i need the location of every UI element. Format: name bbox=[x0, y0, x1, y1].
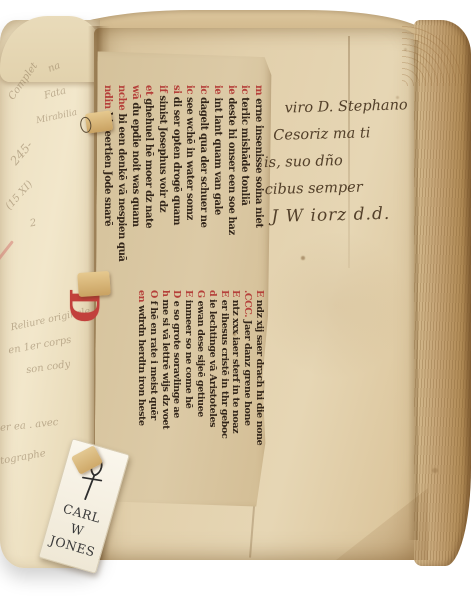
inscription-line: viro D. Stephano bbox=[284, 92, 423, 123]
fragment-line: G ewan dese sijeē getiuee bbox=[194, 290, 206, 500]
fragment-line: ie deste hi onser een soe haz bbox=[224, 85, 238, 290]
rubric-initial: G bbox=[195, 290, 206, 298]
fragment-line: si di ser opten drogē quam bbox=[169, 85, 183, 290]
water-stain bbox=[260, 230, 410, 380]
stain bbox=[396, 96, 399, 99]
fragment-text-block-upper: m erne insenisse soina niet ic terlic mi… bbox=[100, 85, 265, 290]
fragment-line: ic dagelt qua der schuer ne bbox=[196, 85, 210, 290]
stain bbox=[233, 333, 236, 336]
fragment-line: ic see wchē in water somz bbox=[183, 85, 197, 290]
fragment-line: D e so grote soravlinge ae bbox=[171, 290, 183, 500]
rubric-initial: ie bbox=[212, 85, 223, 94]
fragment-line: E ntz xxx iaer sterf in te noaz bbox=[230, 290, 242, 500]
fragment-line: ic terlic mishāde tonliā bbox=[238, 85, 252, 290]
rubric-initial: E bbox=[183, 290, 194, 297]
fragment-line: .CCC. Jaer danz grene hone bbox=[241, 290, 253, 500]
fore-edge bbox=[414, 20, 471, 566]
rubric-initial: wā bbox=[130, 85, 141, 99]
inscription-line: cibus semper bbox=[264, 173, 425, 204]
rubric-initial: E bbox=[254, 290, 265, 297]
stain bbox=[432, 468, 438, 473]
fragment-line: ie int lant quam van gale bbox=[210, 85, 224, 290]
rubric-initial: O bbox=[148, 290, 159, 298]
fragment-line: h me si vā lettrē wijs dz voet bbox=[159, 290, 171, 500]
rubric-initial: et bbox=[143, 85, 154, 95]
stain bbox=[301, 256, 305, 260]
fragment-line: E inmeer so ne come hē bbox=[182, 290, 194, 500]
fragment-line: d ie lechtinge vā Aristoteles bbox=[206, 290, 218, 500]
inscription-line: is, suo dño bbox=[264, 146, 425, 177]
fragment-line: wā du epdie noit was quam bbox=[128, 85, 142, 290]
stain bbox=[404, 48, 407, 51]
fragment-line: if sinist Josephus voir dz bbox=[155, 85, 169, 290]
ink-inscription: viro D. Stephano Cesoriz ma ti is, suo d… bbox=[262, 92, 425, 231]
rubric-initial: D bbox=[171, 290, 182, 298]
rubric-initial: en bbox=[136, 290, 147, 302]
fragment-text-block-lower: E ndz xij saer drach hi die none .CCC. J… bbox=[135, 290, 265, 500]
binding-tie-upper bbox=[85, 110, 114, 133]
rubric-initial: E bbox=[219, 290, 230, 297]
rubric-initial: ic bbox=[198, 85, 209, 94]
fragment-line: E er ihesus cristē in thr geboc bbox=[218, 290, 230, 500]
rubric-initial: m bbox=[253, 85, 264, 95]
fragment-line: O f hē en rate i meist quēr bbox=[147, 290, 159, 500]
rubric-initial: ic bbox=[239, 85, 250, 94]
rubric-initial: ic bbox=[184, 85, 195, 94]
fragment-line: E ndz xij saer drach hi die none bbox=[253, 290, 265, 500]
rubric-initial: ie bbox=[226, 85, 237, 94]
inscription-signature: J W iorz d.d. bbox=[271, 200, 426, 231]
rubric-initial: E bbox=[230, 290, 241, 297]
fragment-line: en wdrdn herdtn iron heste bbox=[135, 290, 147, 500]
rubric-initial: .CCC. bbox=[242, 290, 253, 317]
inscription-line: Cesoriz ma ti bbox=[273, 119, 424, 150]
rubric-initial: nche bbox=[116, 85, 127, 110]
binding-tie-lower bbox=[77, 271, 111, 297]
rubric-initial: ndin bbox=[102, 85, 113, 109]
fragment-line: nche bi een denkē vā nespien quā bbox=[114, 85, 128, 290]
rubric-initial: si bbox=[171, 85, 182, 94]
fragment-line: et ghehuel hē moer dz nate bbox=[142, 85, 156, 290]
photo: Complet na Fata Mirabilia 245- (15 XI) 2… bbox=[0, 0, 473, 600]
